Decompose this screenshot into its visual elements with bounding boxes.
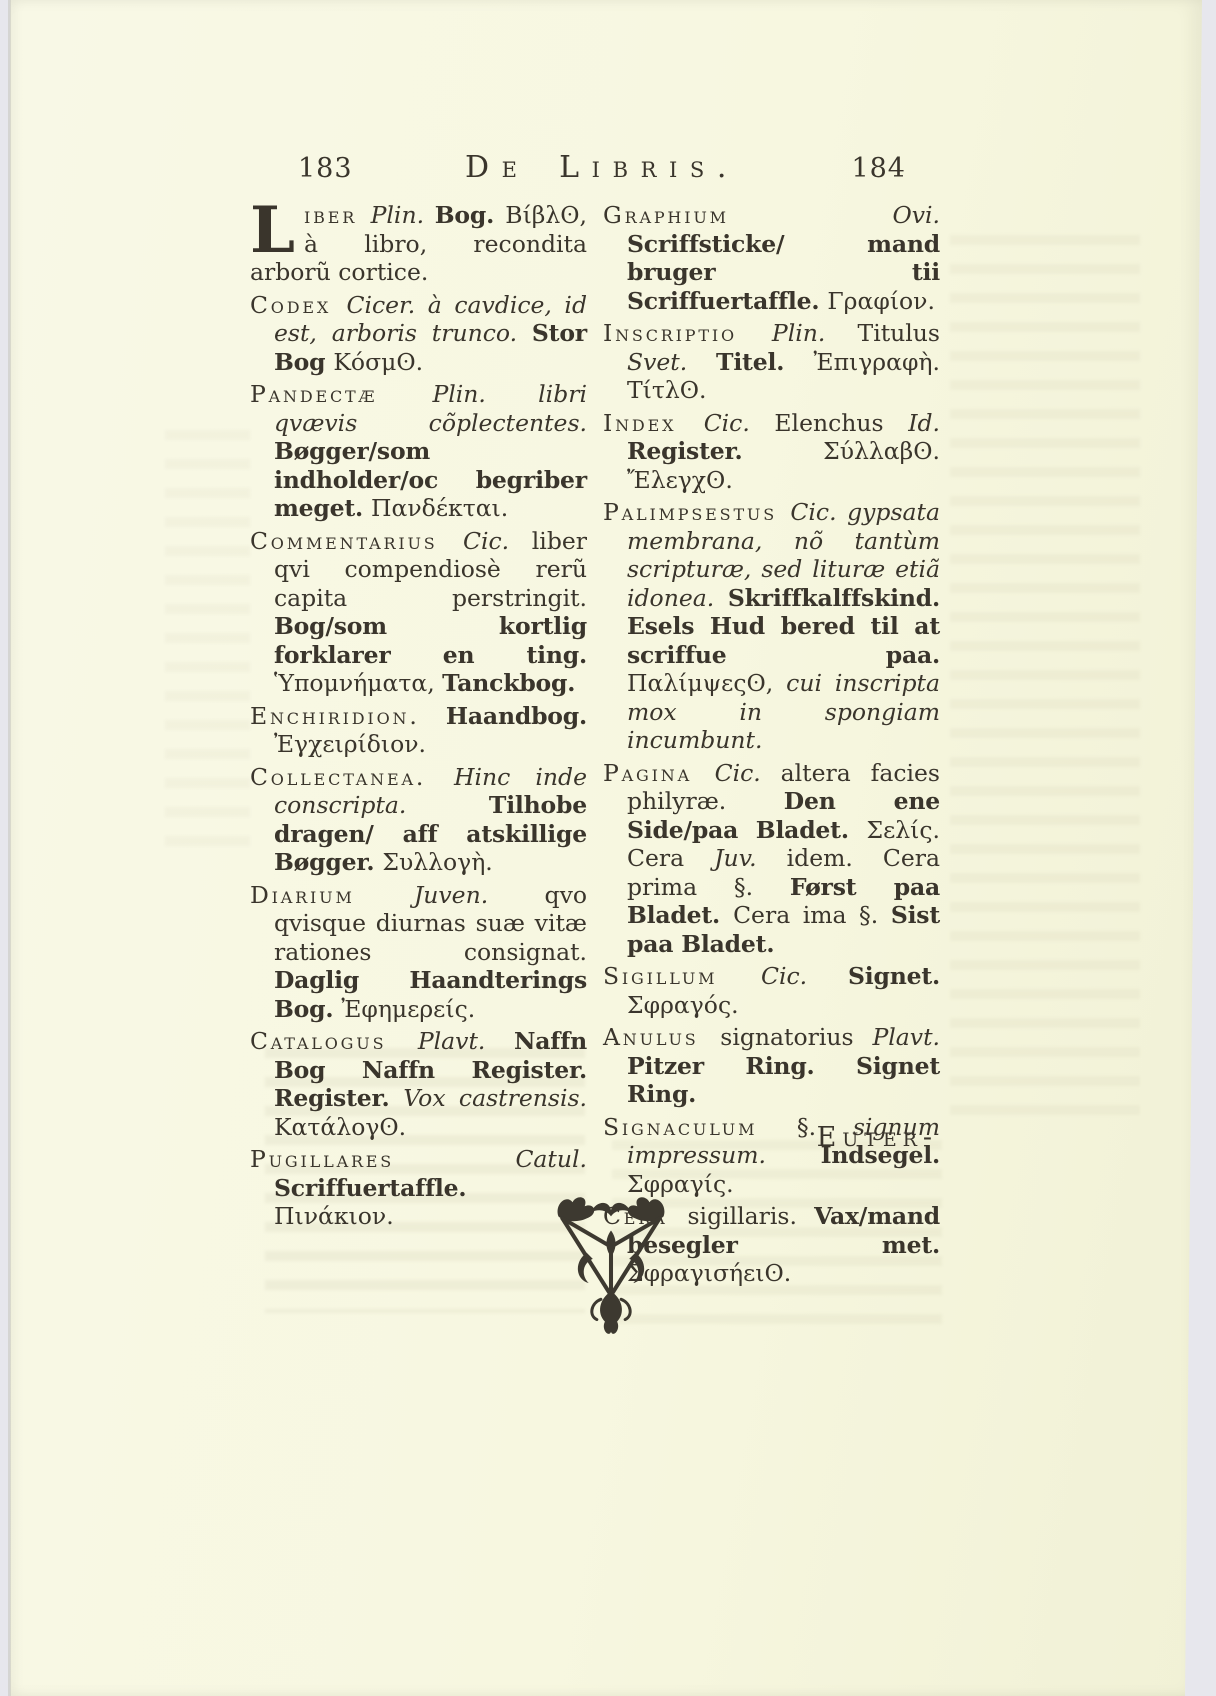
latin-roman-text: sigillaris. bbox=[688, 1202, 815, 1230]
latin-italic-text: Ovi. bbox=[892, 201, 940, 229]
latin-italic-text: Juven. bbox=[414, 881, 545, 909]
catchword: Euter- bbox=[817, 1122, 938, 1153]
dictionary-entry: Commentarius Cic. liber qvi compendiosè … bbox=[250, 527, 587, 698]
greek-text: Ἐφημερείς. bbox=[341, 995, 475, 1023]
greek-text: Σελίς. bbox=[866, 816, 940, 844]
headword: Commentarius bbox=[250, 527, 463, 555]
dictionary-entry: Diarium Juven. qvo qvisque diurnas suæ v… bbox=[250, 881, 587, 1024]
latin-italic-text: Id. bbox=[908, 409, 940, 437]
dictionary-entry: Pagina Cic. altera facies philyræ. Den e… bbox=[603, 759, 940, 959]
headword: Codex bbox=[250, 291, 346, 319]
danish-fraktur-text: Register. bbox=[627, 437, 823, 465]
tailpiece-ornament-icon bbox=[552, 1186, 670, 1356]
dictionary-entry: Pandectæ Plin. libri qvævis cõplectentes… bbox=[250, 380, 587, 523]
greek-text: Σφραγός. bbox=[627, 991, 739, 1019]
headword: Diarium bbox=[250, 881, 414, 909]
headword: Pandectæ bbox=[250, 380, 432, 408]
dictionary-entry: Catalogus Plavt. Naffn Bog Naffn Registe… bbox=[250, 1027, 587, 1141]
greek-text: Βίβλʘ, bbox=[505, 201, 587, 229]
latin-italic-text: Svet. bbox=[627, 348, 716, 376]
headword: Anulus bbox=[603, 1023, 720, 1051]
page-header: 183 De Libris. 184 bbox=[250, 150, 940, 185]
headword: Pugillares bbox=[250, 1145, 515, 1173]
headword: Inscriptio bbox=[603, 319, 772, 347]
greek-text: Παλίμψεςʘ, bbox=[627, 669, 786, 697]
latin-italic-text: Cic. bbox=[715, 759, 781, 787]
latin-italic-text: Juv. bbox=[714, 844, 787, 872]
danish-fraktur-text: Bog. bbox=[435, 201, 506, 229]
dictionary-entry: Enchiridion. Haandbog. Ἐγχειρίδιον. bbox=[250, 702, 587, 759]
headword: Index bbox=[603, 409, 704, 437]
headword: Enchiridion. bbox=[250, 702, 446, 730]
dictionary-entry: Index Cic. Elenchus Id. Register. Σύλλαβ… bbox=[603, 409, 940, 495]
greek-text: Πινάκιον. bbox=[274, 1202, 394, 1230]
latin-italic-text: Cic. bbox=[761, 962, 848, 990]
danish-fraktur-text: Scriffuertaffle. bbox=[274, 1174, 466, 1202]
greek-text: Γραφίον. bbox=[827, 287, 935, 315]
greek-text: Κατάλογʘ. bbox=[274, 1113, 406, 1141]
danish-fraktur-text: Bog/som kortlig forklarer en ting. bbox=[274, 612, 587, 669]
greek-text: Ὑπομνήματα, bbox=[274, 669, 442, 697]
dictionary-entry: Collectanea. Hinc inde conscripta. Tilho… bbox=[250, 763, 587, 877]
headword: iber bbox=[304, 201, 371, 229]
danish-fraktur-text: Signet. bbox=[848, 962, 940, 990]
danish-fraktur-text: Titel. bbox=[716, 348, 814, 376]
dictionary-entry: Liber Plin. Bog. Βίβλʘ, à libro, recondi… bbox=[250, 201, 587, 287]
headword: Sigillum bbox=[603, 962, 761, 990]
headword: Palimpsestus bbox=[603, 498, 790, 526]
headword: Graphium bbox=[603, 201, 892, 229]
dictionary-entry: Pugillares Catul. Scriffuertaffle. Πινάκ… bbox=[250, 1145, 587, 1231]
dictionary-entry: Sigillum Cic. Signet. Σφραγός. bbox=[603, 962, 940, 1019]
greek-text: Συλλογὴ. bbox=[382, 848, 492, 876]
drop-cap-letter: L bbox=[250, 201, 304, 256]
latin-roman-text: Titulus bbox=[858, 319, 940, 347]
dictionary-entry: Anulus signatorius Plavt. Pitzer Ring. S… bbox=[603, 1023, 940, 1109]
latin-roman-text: signatorius bbox=[720, 1023, 872, 1051]
latin-roman-text: Cera bbox=[627, 844, 714, 872]
dictionary-entry: Codex Cicer. à cavdice, id est, arboris … bbox=[250, 291, 587, 377]
text-block: 183 De Libris. 184 Liber Plin. Bog. Βίβλ… bbox=[250, 150, 940, 1292]
column-left: Liber Plin. Bog. Βίβλʘ, à libro, recondi… bbox=[250, 201, 587, 1292]
headword: Pagina bbox=[603, 759, 715, 787]
greek-text: Κόσμʘ. bbox=[333, 348, 423, 376]
danish-fraktur-text: Tanckbog. bbox=[442, 669, 575, 697]
danish-fraktur-text: Haandbog. bbox=[446, 702, 587, 730]
dictionary-entry: Graphium Ovi. Scriffsticke/ mand bruger … bbox=[603, 201, 940, 315]
latin-italic-text: Cicer. bbox=[346, 291, 427, 319]
latin-italic-text: Plavt. bbox=[872, 1023, 940, 1051]
running-title: De Libris. bbox=[353, 150, 852, 185]
headword: Collectanea. bbox=[250, 763, 454, 791]
headword: Catalogus bbox=[250, 1027, 418, 1055]
latin-italic-text: Plin. bbox=[371, 201, 435, 229]
page-number-right: 184 bbox=[851, 153, 906, 184]
page-number-left: 183 bbox=[298, 153, 353, 184]
latin-italic-text: Plavt. bbox=[418, 1027, 514, 1055]
dictionary-entry: Inscriptio Plin. Titulus Svet. Titel. Ἐπ… bbox=[603, 319, 940, 405]
scan-left-edge bbox=[8, 0, 11, 1696]
headword: Signaculum bbox=[603, 1113, 797, 1141]
latin-italic-text: Plin. bbox=[772, 319, 858, 347]
latin-roman-text: Cera ima §. bbox=[733, 901, 891, 929]
danish-fraktur-text: Pitzer Ring. Signet Ring. bbox=[627, 1052, 940, 1109]
greek-text: Πανδέκται. bbox=[371, 494, 508, 522]
dictionary-entry: Palimpsestus Cic. gypsata membrana, nõ t… bbox=[603, 498, 940, 755]
latin-italic-text: Vox castrensis. bbox=[403, 1084, 587, 1112]
latin-roman-text: Elenchus bbox=[774, 409, 908, 437]
greek-text: Ἐγχειρίδιον. bbox=[274, 730, 426, 758]
latin-italic-text: Catul. bbox=[515, 1145, 587, 1173]
latin-italic-text: Cic. bbox=[463, 527, 532, 555]
latin-italic-text: Cic. bbox=[704, 409, 775, 437]
